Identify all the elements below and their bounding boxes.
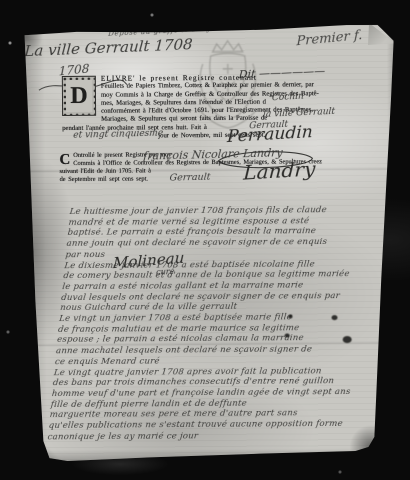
controleur-signature: Landry [243, 156, 316, 184]
cure-role: curé [156, 267, 175, 277]
ink-blot [343, 336, 352, 343]
controle-fait-insert: Gerrault [169, 172, 211, 184]
ink-blot [332, 315, 338, 320]
ornate-initial-d: D [62, 76, 96, 116]
register-entries: Le huitiesme jour de janvier 1708 franço… [47, 205, 406, 443]
photo-background: Deposé au greffe le 29. juillet 1709 La … [0, 0, 410, 480]
election-insert: Cochin [272, 92, 304, 104]
folded-corner [365, 23, 395, 47]
register-page: Deposé au greffe le 29. juillet 1709 La … [16, 19, 403, 467]
ink-blot [289, 314, 293, 318]
initial-c: C [59, 153, 70, 167]
drop-cap-letter: D [66, 80, 92, 112]
ink-blot [285, 333, 290, 337]
